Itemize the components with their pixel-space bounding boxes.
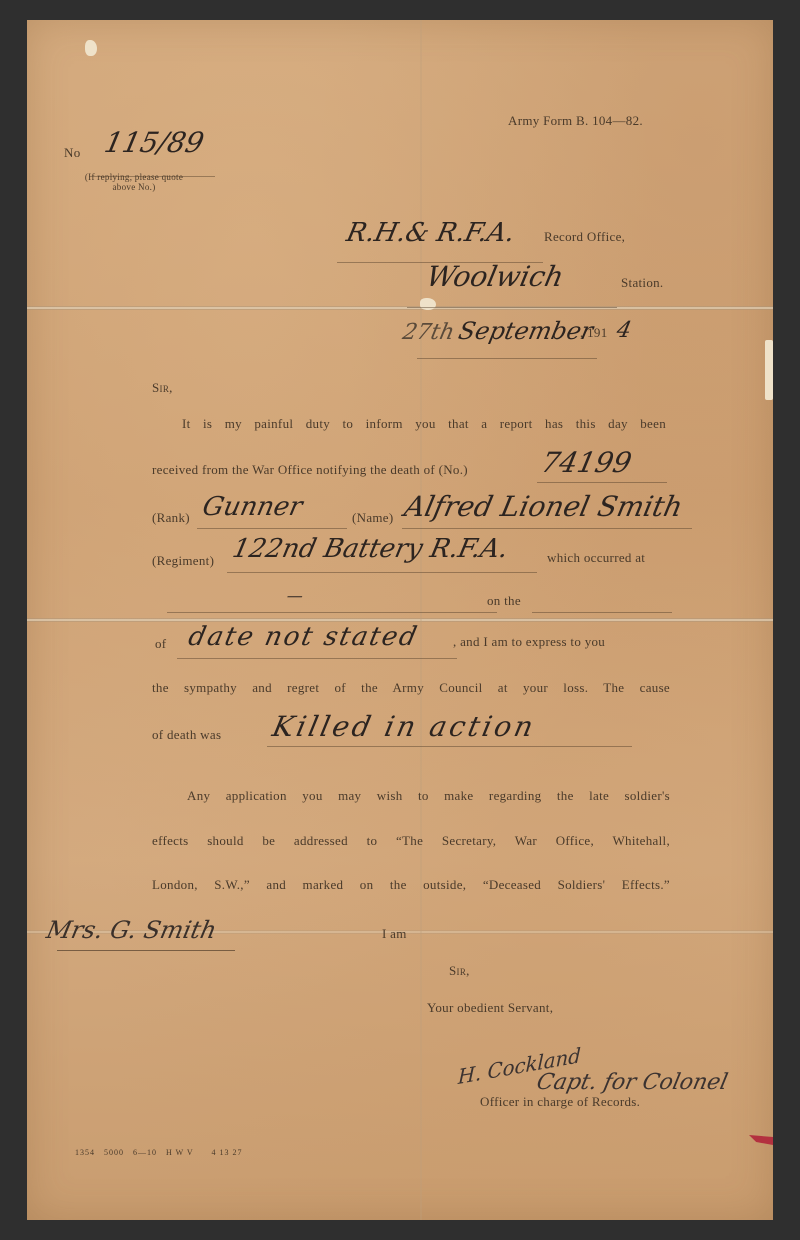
station-handwritten: Woolwich [423,260,566,293]
salutation: Sir, [152,380,173,396]
wax-seal-fragment [749,1135,773,1145]
effects-line2: effects should be addressed to “The Secr… [152,833,670,849]
record-office-label: Record Office, [544,229,625,245]
soldier-number-underline [537,482,667,483]
reference-number: 115/89 [101,126,207,159]
rank-label: (Rank) [152,510,190,526]
record-office-handwritten: R.H.& R.F.A. [344,218,518,248]
date-year-handwritten: 4 [614,318,633,343]
body-line2: received from the War Office notifying t… [152,462,468,478]
rank-underline [197,528,347,529]
form-id: Army Form B. 104—82. [508,113,643,129]
cause-underline [267,746,632,747]
name-underline [402,528,692,529]
addressee-underline [57,950,235,951]
regiment-label: (Regiment) [152,553,214,569]
cause-label: of death was [152,727,221,743]
on-the-underline [532,612,672,613]
reference-note: (If replying, please quote above No.) [79,172,189,192]
place-value: — [285,586,305,605]
effects-line1: Any application you may wish to make reg… [187,788,670,804]
printer-code: 1354 5000 6—10 H W V 4 13 27 [75,1148,243,1157]
body-line1: It is my painful duty to inform you that… [182,416,666,432]
paper-tear-edge [765,340,773,400]
reference-note-line1: (If replying, please quote [79,172,189,182]
body-sympathy-line: the sympathy and regret of the Army Coun… [152,680,670,696]
paper-tear [420,298,436,310]
form-paper: Army Form B. 104—82. No 115/89 (If reply… [27,20,773,1220]
reference-label: No [64,145,81,161]
fold-line-top [27,306,773,310]
soldier-number: 74199 [538,446,634,479]
closing-i-am: I am [382,926,407,942]
closing-servant: Your obedient Servant, [427,1000,553,1016]
on-the-label: on the [487,593,521,609]
place-underline [167,612,497,613]
date-day: 27th [400,320,456,345]
reference-note-line2: above No.) [79,182,189,192]
soldier-name: Alfred Lionel Smith [401,490,685,523]
of-label: of [155,636,166,652]
effects-line3: London, S.W.,” and marked on the outside… [152,877,670,893]
paper-tear [85,40,97,56]
officer-label: Officer in charge of Records. [480,1094,640,1110]
closing-sir: Sir, [449,963,470,979]
date-underline [417,358,597,359]
date-of-death: date not stated [186,622,422,652]
station-underline [407,307,617,308]
fold-line-vertical [420,20,422,1220]
name-label: (Name) [352,510,394,526]
rank-value: Gunner [200,492,305,522]
addressee: Mrs. G. Smith [44,916,219,944]
signature-title: Capt. for Colonel [534,1070,730,1095]
occurred-at-label: which occurred at [547,550,645,566]
cause-of-death: Killed in action [269,710,539,743]
date-of-death-underline [177,658,457,659]
regiment-underline [227,572,537,573]
date-year-printed: , 191 [580,325,608,341]
date-month: September [456,317,596,345]
regiment-value: 122nd Battery R.F.A. [230,534,511,564]
body-express-line: , and I am to express to you [453,634,605,650]
station-label: Station. [621,275,664,291]
